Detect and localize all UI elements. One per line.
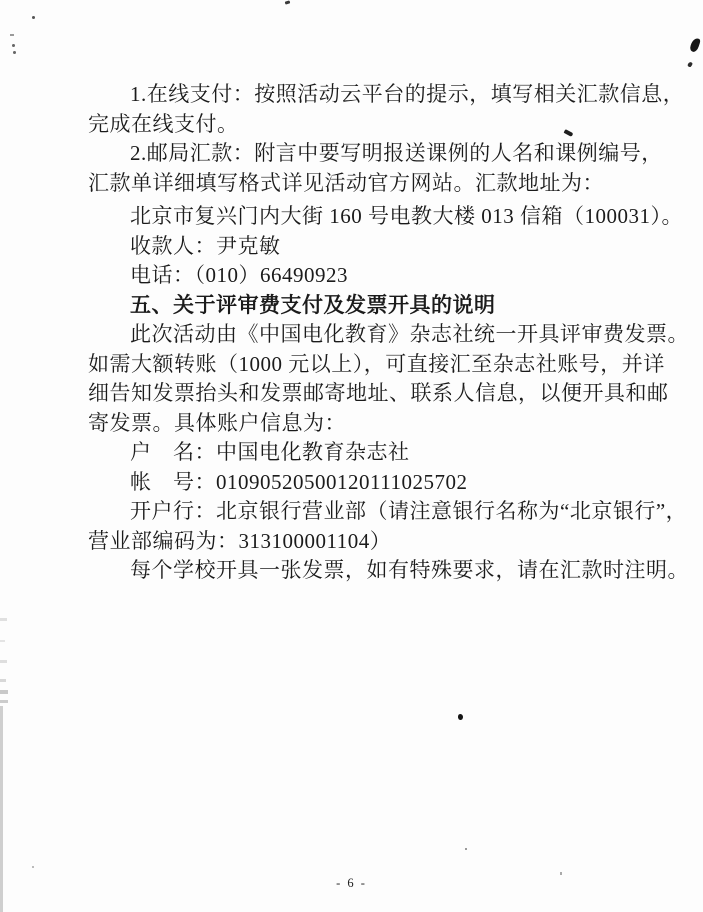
line-remittance-address: 北京市复兴门内大街 160 号电教大楼 013 信箱（100031）。 [88, 202, 618, 232]
line-bank-branch-1: 开户行：北京银行营业部（请注意银行名称为“北京银行”， [88, 497, 618, 527]
scan-smudge [689, 37, 701, 53]
scan-speck [12, 44, 15, 47]
scan-edge-line [0, 706, 3, 912]
line-postal-remittance-1: 2.邮局汇款：附言中要写明报送课例的人名和课例编号， [88, 139, 618, 169]
scan-speck [32, 866, 34, 868]
document-body: 1.在线支付：按照活动云平台的提示，填写相关汇款信息， 完成在线支付。 2.邮局… [88, 80, 618, 586]
scan-speck [560, 872, 562, 875]
scan-speck [13, 51, 16, 54]
line-postal-remittance-2: 汇款单详细填写格式详见活动官方网站。汇款地址为： [88, 169, 618, 199]
scan-edge-mark [0, 679, 6, 682]
line-account-name: 户 名：中国电化教育杂志社 [88, 438, 618, 468]
line-invoice-note-1: 此次活动由《中国电化教育》杂志社统一开具评审费发票。 [88, 320, 618, 350]
line-invoice-note-3: 细告知发票抬头和发票邮寄地址、联系人信息，以便开具和邮 [88, 379, 618, 409]
scan-ink-dot [458, 714, 463, 720]
line-payee: 收款人：尹克敏 [88, 232, 618, 262]
line-bank-branch-2: 营业部编码为：313100001104） [88, 527, 618, 557]
scan-speck [285, 0, 291, 4]
line-invoice-note-4: 寄发票。具体账户信息为： [88, 409, 618, 439]
page-number: - 6 - [0, 876, 703, 891]
line-account-number: 帐 号：01090520500120111025702 [88, 468, 618, 498]
line-online-payment-1: 1.在线支付：按照活动云平台的提示，填写相关汇款信息， [88, 80, 618, 110]
scan-edge-mark [0, 690, 8, 694]
scan-edge-mark [0, 660, 7, 663]
line-online-payment-2: 完成在线支付。 [88, 110, 618, 140]
scan-speck [465, 848, 467, 850]
scan-speck [32, 16, 35, 19]
scan-edge-mark [0, 640, 5, 642]
document-page: 1.在线支付：按照活动云平台的提示，填写相关汇款信息， 完成在线支付。 2.邮局… [0, 0, 703, 912]
scan-speck [687, 61, 693, 67]
scan-speck [10, 34, 14, 36]
scan-edge-mark [0, 618, 7, 621]
section-heading-five: 五、关于评审费支付及发票开具的说明 [88, 291, 618, 321]
line-invoice-note-2: 如需大额转账（1000 元以上），可直接汇至杂志社账号，并详 [88, 350, 618, 380]
scan-edge-mark [0, 700, 8, 703]
line-phone: 电话：（010）66490923 [88, 261, 618, 291]
line-invoice-per-school: 每个学校开具一张发票，如有特殊要求，请在汇款时注明。 [88, 556, 618, 586]
